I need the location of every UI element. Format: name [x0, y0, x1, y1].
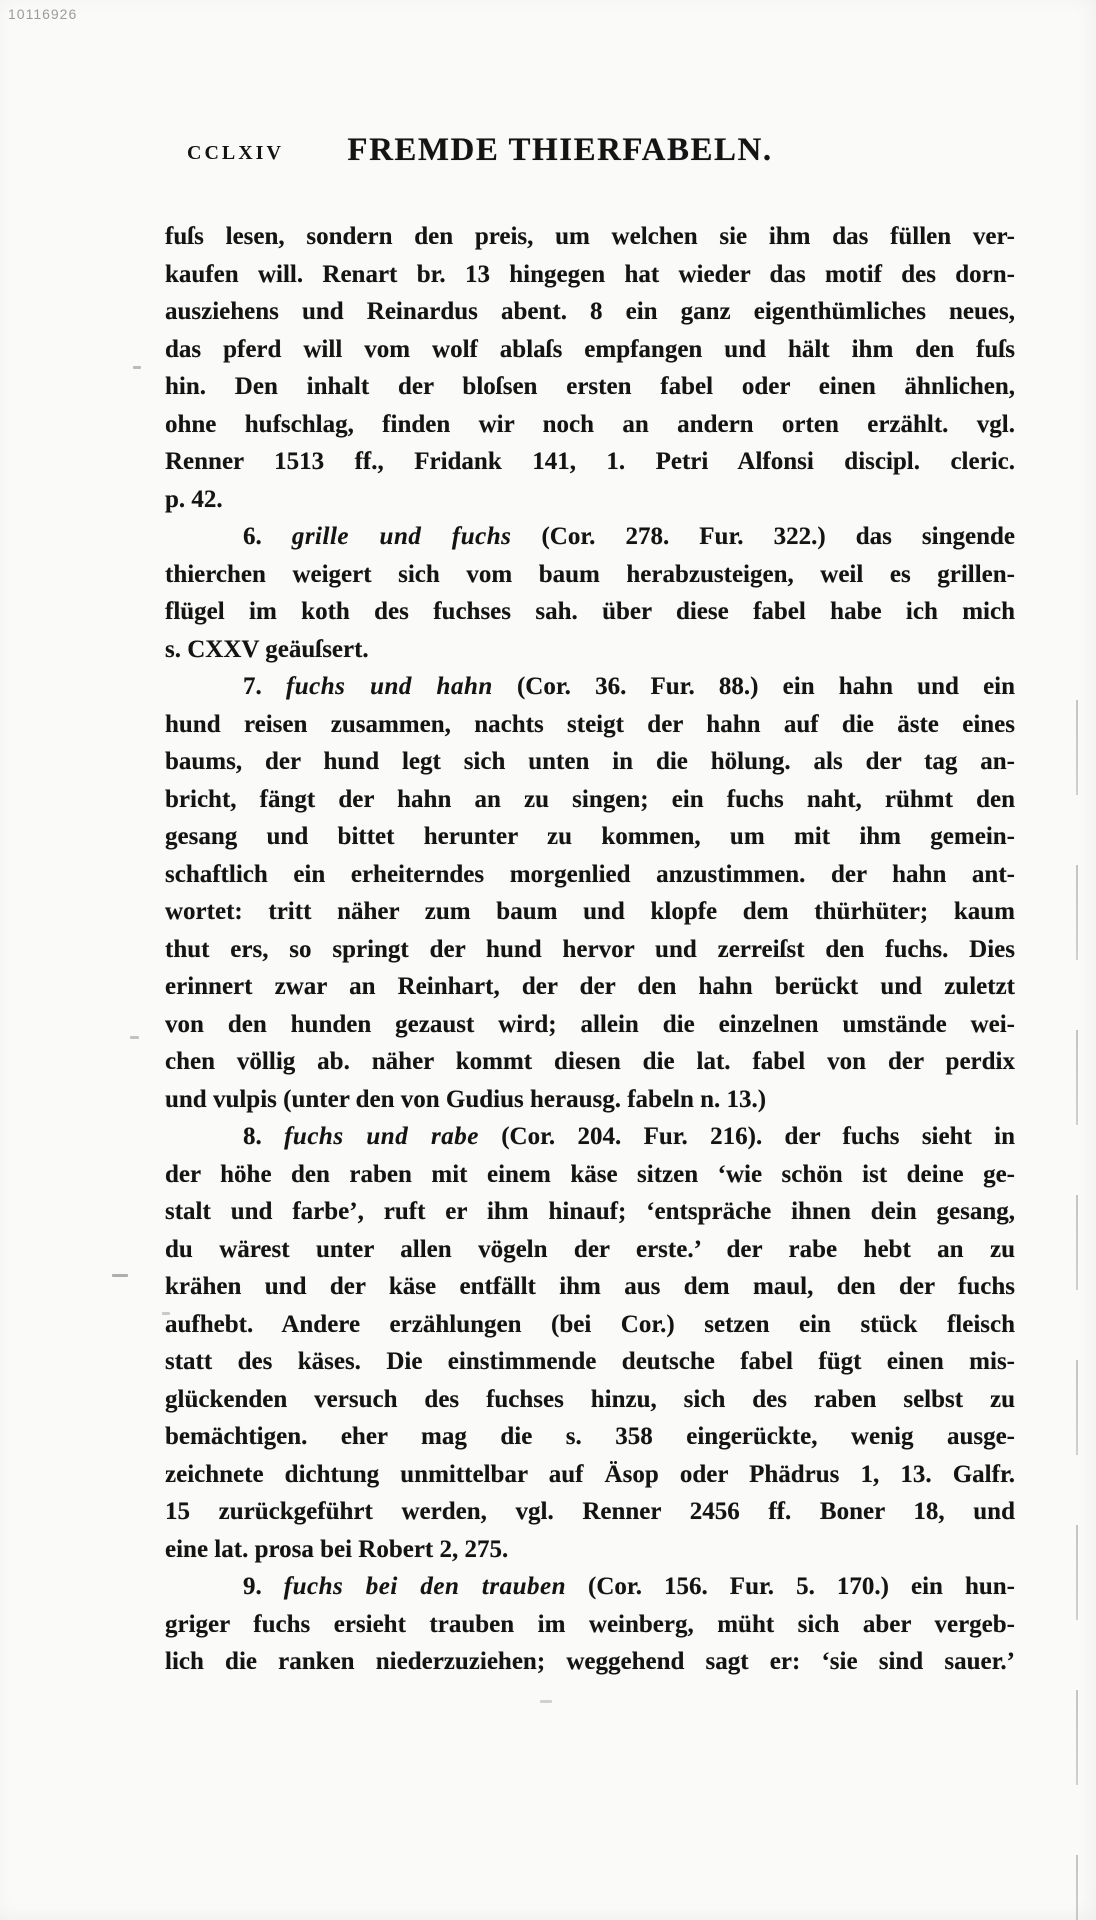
text-segment: lich die ranken niederzuziehen; weggehen… [165, 1648, 1015, 1675]
text-segment: thut ers, so springt der hund hervor und… [165, 936, 1015, 963]
fable-title-italic: fuchs und rabe [284, 1123, 479, 1150]
text-segment: statt des käses. Die einstimmende deutsc… [165, 1348, 1015, 1375]
margin-mark [130, 1036, 139, 1039]
text-line: kaufen will. Renart br. 13 hingegen hat … [165, 256, 1015, 294]
text-line: von den hunden gezaust wird; allein die … [165, 1006, 1015, 1044]
text-line: griger fuchs ersieht trauben im weinberg… [165, 1606, 1015, 1644]
text-line: eine lat. prosa bei Robert 2, 275. [165, 1531, 1015, 1569]
text-segment: s. CXXV geäuſsert. [165, 636, 369, 663]
margin-mark [540, 1700, 552, 1703]
text-segment: stalt und farbe’, ruft er ihm hinauf; ‘e… [165, 1198, 1015, 1225]
page-title: FREMDE THIERFABELN. [135, 132, 985, 169]
text-segment: griger fuchs ersieht trauben im weinberg… [165, 1611, 1015, 1638]
text-line: ohne hufschlag, finden wir noch an ander… [165, 406, 1015, 444]
text-segment: das pferd will vom wolf ablaſs empfangen… [165, 336, 1015, 363]
text-line: Renner 1513 ff., Fridank 141, 1. Petri A… [165, 443, 1015, 481]
text-segment: 6. [243, 523, 292, 550]
margin-mark [162, 1312, 170, 1315]
text-segment: fuſs lesen, sondern den preis, um welche… [165, 223, 1015, 250]
text-line: und vulpis (unter den von Gudius herausg… [165, 1081, 1015, 1119]
book-page: 10116926 CCLXIV FREMDE THIERFABELN. fuſs… [0, 0, 1096, 1920]
text-line: erinnert zwar an Reinhart, der der den h… [165, 968, 1015, 1006]
margin-mark [112, 1274, 128, 1277]
text-line: ausziehens und Reinardus abent. 8 ein ga… [165, 293, 1015, 331]
text-line: baums, der hund legt sich unten in die h… [165, 743, 1015, 781]
text-line: bricht, fängt der hahn an zu singen; ein… [165, 781, 1015, 819]
text-segment: aufhebt. Andere erzählungen (bei Cor.) s… [165, 1311, 1015, 1338]
scan-id: 10116926 [8, 6, 77, 22]
text-segment: baums, der hund legt sich unten in die h… [165, 748, 1015, 775]
text-segment: der höhe den raben mit einem käse sitzen… [165, 1161, 1015, 1188]
text-segment: zeichnete dichtung unmittelbar auf Äsop … [165, 1461, 1015, 1488]
text-line: statt des käses. Die einstimmende deutsc… [165, 1343, 1015, 1381]
margin-mark [133, 366, 141, 369]
text-line: aufhebt. Andere erzählungen (bei Cor.) s… [165, 1306, 1015, 1344]
text-segment: schaftlich ein erheiterndes morgenlied a… [165, 861, 1015, 888]
text-line: 8. fuchs und rabe (Cor. 204. Fur. 216). … [165, 1118, 1015, 1156]
text-line: p. 42. [165, 481, 1015, 519]
page-edge-artifact-line [1076, 700, 1078, 1920]
text-segment: flügel im koth des fuchses sah. über die… [165, 598, 1015, 625]
text-segment: 7. [243, 673, 286, 700]
text-segment: (Cor. 156. Fur. 5. 170.) ein hun- [566, 1573, 1015, 1600]
text-segment: glückenden versuch des fuchses hinzu, si… [165, 1386, 1015, 1413]
text-line: das pferd will vom wolf ablaſs empfangen… [165, 331, 1015, 369]
text-segment: 8. [243, 1123, 284, 1150]
text-line: 7. fuchs und hahn (Cor. 36. Fur. 88.) ei… [165, 668, 1015, 706]
text-segment: 9. [243, 1573, 284, 1600]
text-line: fuſs lesen, sondern den preis, um welche… [165, 218, 1015, 256]
text-segment: chen völlig ab. näher kommt diesen die l… [165, 1048, 1015, 1075]
text-segment: hin. Den inhalt der bloſsen ersten fabel… [165, 373, 1015, 400]
text-block: fuſs lesen, sondern den preis, um welche… [165, 218, 1015, 1681]
text-segment: kaufen will. Renart br. 13 hingegen hat … [165, 261, 1015, 288]
text-line: hin. Den inhalt der bloſsen ersten fabel… [165, 368, 1015, 406]
text-segment: (Cor. 204. Fur. 216). der fuchs sieht in [479, 1123, 1015, 1150]
text-line: 15 zurückgeführt werden, vgl. Renner 245… [165, 1493, 1015, 1531]
text-segment: Renner 1513 ff., Fridank 141, 1. Petri A… [165, 448, 1015, 475]
text-segment: (Cor. 278. Fur. 322.) das singende [511, 523, 1015, 550]
text-segment: thierchen weigert sich vom baum herabzus… [165, 561, 1015, 588]
text-line: flügel im koth des fuchses sah. über die… [165, 593, 1015, 631]
text-line: lich die ranken niederzuziehen; weggehen… [165, 1643, 1015, 1681]
text-line: thut ers, so springt der hund hervor und… [165, 931, 1015, 969]
text-line: thierchen weigert sich vom baum herabzus… [165, 556, 1015, 594]
text-line: chen völlig ab. näher kommt diesen die l… [165, 1043, 1015, 1081]
text-segment: ausziehens und Reinardus abent. 8 ein ga… [165, 298, 1015, 325]
text-segment: wortet: tritt näher zum baum und klopfe … [165, 898, 1015, 925]
text-line: zeichnete dichtung unmittelbar auf Äsop … [165, 1456, 1015, 1494]
text-line: bemächtigen. eher mag die s. 358 eingerü… [165, 1418, 1015, 1456]
text-line: 6. grille und fuchs (Cor. 278. Fur. 322.… [165, 518, 1015, 556]
text-line: 9. fuchs bei den trauben (Cor. 156. Fur.… [165, 1568, 1015, 1606]
text-segment: erinnert zwar an Reinhart, der der den h… [165, 973, 1015, 1000]
fable-title-italic: fuchs und hahn [286, 673, 493, 700]
text-segment: hund reisen zusammen, nachts steigt der … [165, 711, 1015, 738]
text-segment: du wärest unter allen vögeln der erste.’… [165, 1236, 1015, 1263]
text-line: gesang und bittet herunter zu kommen, um… [165, 818, 1015, 856]
text-line: hund reisen zusammen, nachts steigt der … [165, 706, 1015, 744]
text-line: du wärest unter allen vögeln der erste.’… [165, 1231, 1015, 1269]
text-line: wortet: tritt näher zum baum und klopfe … [165, 893, 1015, 931]
text-segment: von den hunden gezaust wird; allein die … [165, 1011, 1015, 1038]
text-segment: krähen und der käse entfällt ihm aus dem… [165, 1273, 1015, 1300]
text-line: schaftlich ein erheiterndes morgenlied a… [165, 856, 1015, 894]
text-segment: ohne hufschlag, finden wir noch an ander… [165, 411, 1015, 438]
text-segment: bemächtigen. eher mag die s. 358 eingerü… [165, 1423, 1015, 1450]
fable-title-italic: fuchs bei den trauben [284, 1573, 566, 1600]
text-segment: und vulpis (unter den von Gudius herausg… [165, 1086, 766, 1113]
text-line: glückenden versuch des fuchses hinzu, si… [165, 1381, 1015, 1419]
text-line: der höhe den raben mit einem käse sitzen… [165, 1156, 1015, 1194]
text-line: krähen und der käse entfällt ihm aus dem… [165, 1268, 1015, 1306]
text-segment: bricht, fängt der hahn an zu singen; ein… [165, 786, 1015, 813]
text-segment: (Cor. 36. Fur. 88.) ein hahn und ein [493, 673, 1015, 700]
text-segment: 15 zurückgeführt werden, vgl. Renner 245… [165, 1498, 1015, 1525]
text-line: s. CXXV geäuſsert. [165, 631, 1015, 669]
page-header: CCLXIV FREMDE THIERFABELN. [165, 132, 1015, 176]
fable-title-italic: grille und fuchs [292, 523, 512, 550]
text-segment: p. 42. [165, 486, 223, 513]
text-segment: eine lat. prosa bei Robert 2, 275. [165, 1536, 508, 1563]
text-segment: gesang und bittet herunter zu kommen, um… [165, 823, 1015, 850]
text-line: stalt und farbe’, ruft er ihm hinauf; ‘e… [165, 1193, 1015, 1231]
